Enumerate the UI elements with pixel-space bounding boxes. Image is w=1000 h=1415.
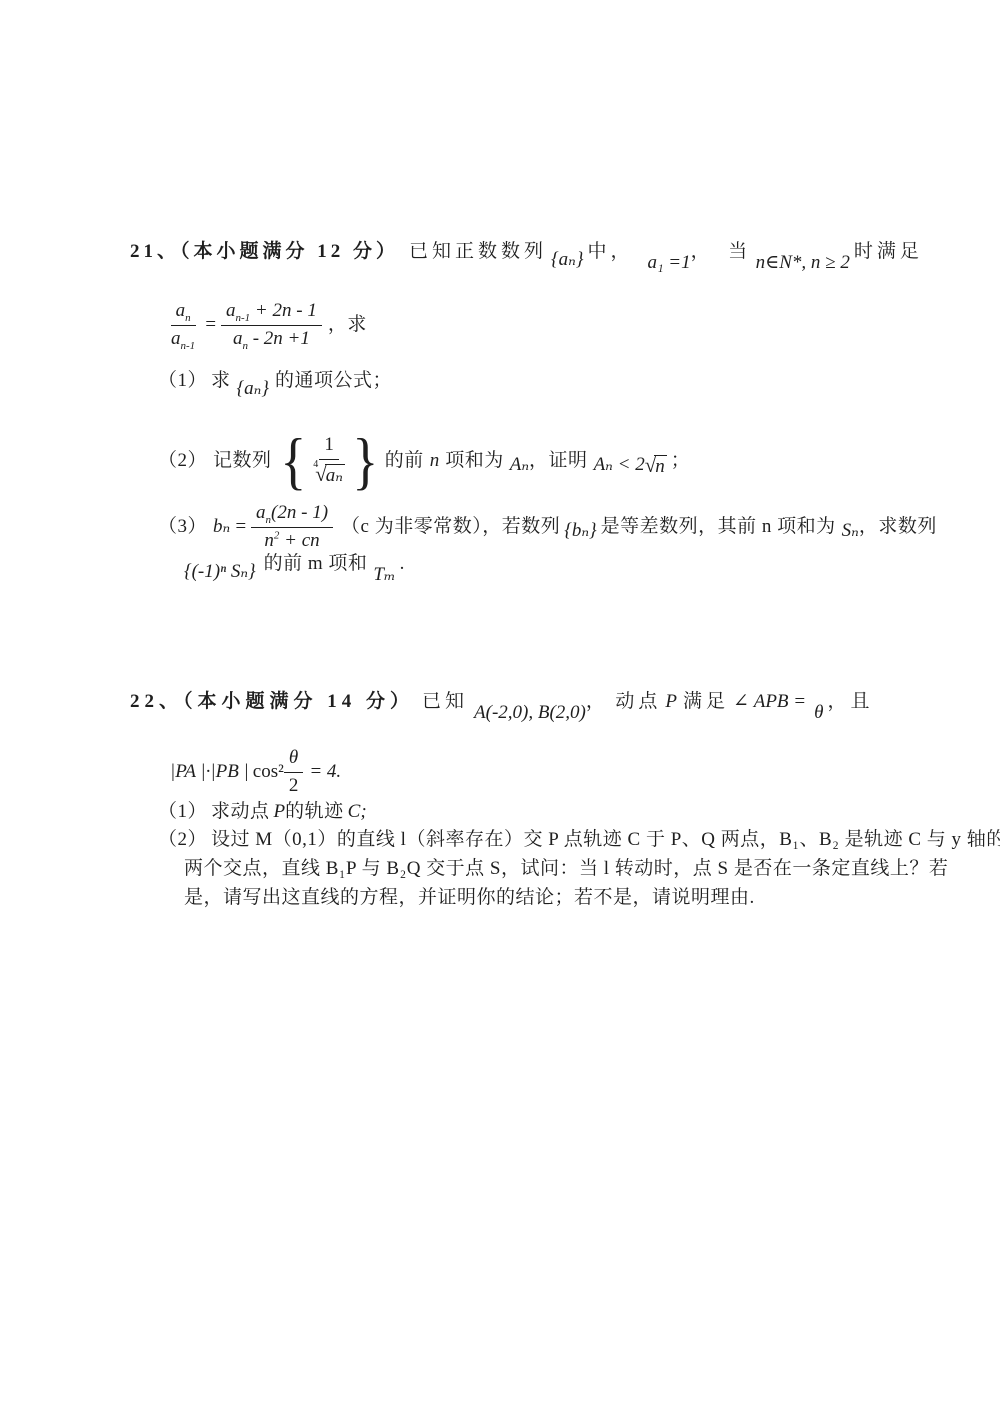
p22-item1-mid: 的轨迹 [285,801,344,822]
math-An-lt-2: Aₙ < 2 [594,453,645,477]
math-n-condition: n∈N*, n ≥ 2 [756,251,850,275]
math-C: C; [348,801,367,822]
rhs-num-base: a [226,300,236,321]
lhs-numerator: an [171,300,196,326]
math-angle-APB: ∠ APB = [733,691,806,712]
p21-dang: 当 [728,241,748,262]
fraction-lhs: an an-1 [166,300,200,351]
fraction-rhs: an-1 + 2n - 1 an - 2n +1 [221,300,322,351]
problem-22-item-2-line1: （2）设过 M（0,1）的直线 l（斜率存在）交 P 点轨迹 C 于 P、Q 两… [158,828,1000,852]
p22-manzu: 满足 [683,691,729,712]
item3-label: （3） [158,515,207,539]
lhs-den-base: a [171,328,181,349]
math-a1-equals-1: a₁ =1 [647,251,690,275]
problem-21-item-3-continuation: {(-1)ⁿ Sₙ}的前 m 项和Tₘ. [184,552,405,576]
bn-numerator: an(2n - 1) [251,502,333,528]
math-seq-an-2: {aₙ} [237,377,269,401]
item1-label: （1） [158,370,207,391]
item2-mid1: 的前 [385,449,424,473]
math-P: P [665,691,677,712]
math-theta: θ [814,701,823,725]
p22-item2-text2: 两个交点，直线 B₁P 与 B₂Q 交于点 S，试问：当 l 转动时，点 S 是… [184,858,948,879]
sqrt-argument: n [654,455,667,477]
item1-post: 的通项公式； [275,370,392,391]
right-brace: } [352,429,378,493]
math-seq-bn: {bₙ} [564,519,596,543]
left-brace: { [280,429,306,493]
rhs-num-rest: + 2n - 1 [250,300,317,321]
math-cos-squared: cos² [253,760,284,784]
p21-tail: 时满足 [854,241,923,262]
sqrt-n: √n [645,452,667,479]
theta-numerator: θ [284,747,303,773]
math-equals-4: = 4. [309,760,341,784]
p22-intro-text: 已知 [422,691,468,712]
bn-den-base: n [264,530,274,551]
bn-den-rest: + cn [279,530,319,551]
p22-moving-point: 动点 [615,691,661,712]
fraction-bn: an(2n - 1) n2 + cn [251,502,333,553]
math-An: Aₙ [510,453,529,477]
math-seq-minus1-Sn: {(-1)ⁿ Sₙ} [184,560,256,584]
rhs-den-rest: - 2n +1 [248,328,310,349]
rhs-num-sub: n-1 [236,312,251,324]
fraction-theta-over-2: θ 2 [284,747,304,798]
equals-sign-2: = [234,515,247,539]
math-bn: bₙ [213,515,230,539]
math-points-AB: A(-2,0), B(2,0) [474,701,586,725]
math-var-n: n [430,449,440,473]
p22-item2-label: （2） [158,829,207,850]
problem-22-item-2-line3: 是，请写出这直线的方程，并证明你的结论；若不是，请说明理由. [184,886,755,910]
p21-after-seq: 中， [587,241,633,262]
root-index: 4 [313,459,318,470]
lhs-num-sub: n [185,312,191,324]
p22-item2-text1: 设过 M（0,1）的直线 l（斜率存在）交 P 点轨迹 C 于 P、Q 两点，B… [211,829,1000,850]
problem-21-recurrence: an an-1 = an-1 + 2n - 1 an - 2n +1 ，求 [166,300,367,351]
p22-item2-text3: 是，请写出这直线的方程，并证明你的结论；若不是，请说明理由. [184,887,755,908]
item2-pre: 记数列 [213,449,272,473]
item3-tail: ，求数列 [859,515,937,539]
math-seq-an: {aₙ} [551,248,583,272]
lhs-den-sub: n-1 [181,340,196,352]
p22-comma: ， [586,691,606,712]
math-Tm: Tₘ [373,563,395,587]
p21-eq-after: ，求 [328,313,367,337]
rhs-numerator: an-1 + 2n - 1 [221,300,322,326]
math-Sn: Sₙ [842,519,859,543]
item2-end: ； [671,449,691,473]
frac-den-root: 4√aₙ [308,460,350,488]
problem-21-heading: 21、（本小题满分 12 分） [130,241,399,262]
problem-22-item-1: （1）求动点P的轨迹C; [158,800,367,824]
equals-sign: = [204,313,217,337]
p22-item1-label: （1） [158,801,207,822]
theta-denominator: 2 [284,773,304,798]
problem-22-item-2-line2: 两个交点，直线 B₁P 与 B₂Q 交于点 S，试问：当 l 转动时，点 S 是… [184,857,948,881]
item3-mid1: （c 为非零常数），若数列 [341,515,560,539]
problem-21-item-3: （3） bₙ = an(2n - 1) n2 + cn （c 为非零常数），若数… [158,498,937,556]
problem-22-heading: 22、（本小题满分 14 分） [130,691,414,712]
exam-page: 21、（本小题满分 12 分）已知正数数列{aₙ}中，a₁ =1，当n∈N*, … [0,0,1000,1415]
item3-mid2: 是等差数列，其前 n 项和为 [601,515,836,539]
math-P-2: P [274,801,286,822]
bn-num-base: a [256,502,266,523]
problem-22-equation: |PA |·|PB | cos² θ 2 = 4. [170,744,341,800]
rhs-denominator: an - 2n +1 [228,326,315,351]
p22-tail: ，且 [827,691,873,712]
problem-21-intro-line: 21、（本小题满分 12 分）已知正数数列{aₙ}中，a₁ =1，当n∈N*, … [130,240,923,264]
problem-21-item-1: （1）求{aₙ}的通项公式； [158,369,392,393]
item1-pre: 求 [211,370,231,391]
lhs-num-base: a [176,300,186,321]
p21-comma: ， [691,241,711,262]
bn-num-rest: (2n - 1) [271,502,328,523]
fraction-one-over-root: 1 4√aₙ [308,434,350,488]
problem-22-intro-line: 22、（本小题满分 14 分）已知A(-2,0), B(2,0)，动点P满足∠ … [130,690,873,714]
item3b-mid: 的前 m 项和 [264,553,368,574]
p21-intro-text: 已知正数数列 [409,241,547,262]
frac-num-one: 1 [319,434,339,460]
bn-denominator: n2 + cn [259,528,324,553]
item2-mid3: ，证明 [529,449,588,473]
root-argument: aₙ [325,464,345,486]
lhs-denominator: an-1 [166,326,200,351]
item2-label: （2） [158,449,207,473]
item3b-period: . [400,553,405,574]
problem-21-item-2: （2） 记数列 { 1 4√aₙ } 的前 n 项和为 Aₙ ，证明 Aₙ < … [158,424,690,498]
item2-mid2: 项和为 [445,449,504,473]
math-PA-PB: |PA |·|PB | [170,760,249,784]
p22-item1-pre: 求动点 [211,801,270,822]
